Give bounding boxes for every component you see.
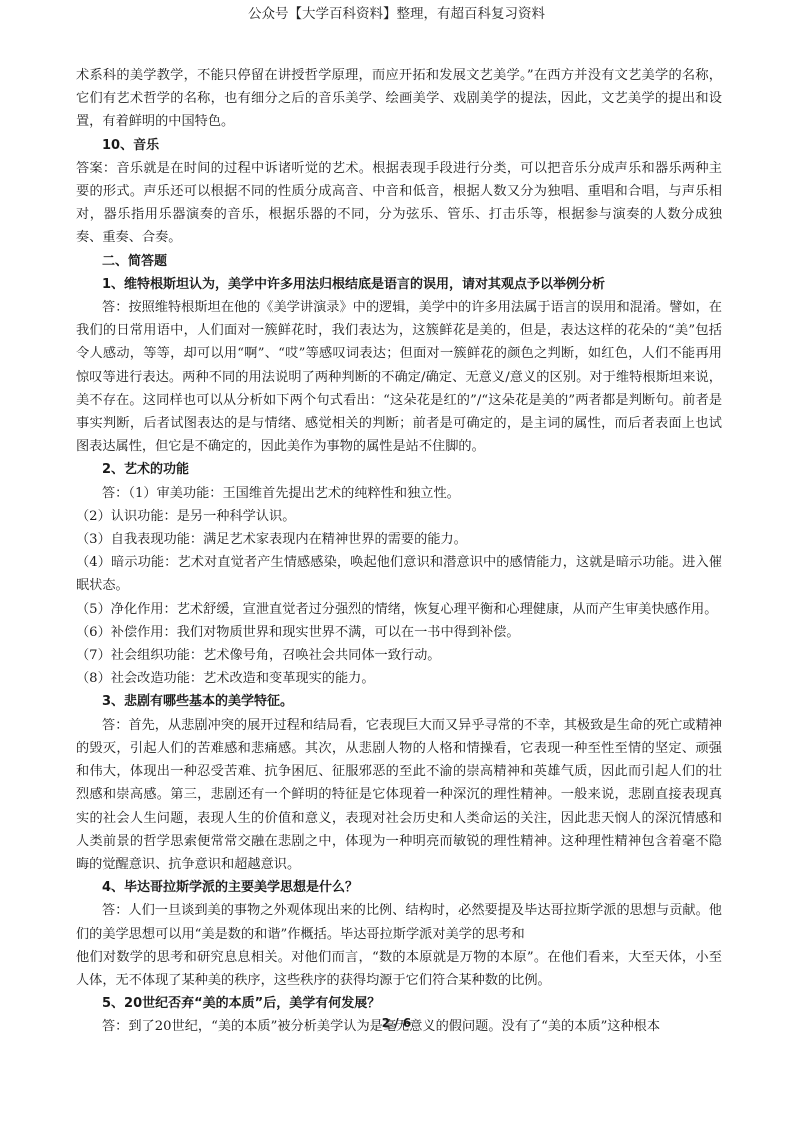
- list-item: （8）社会改造功能：艺术改造和变革现实的能力。: [76, 667, 722, 690]
- heading-question-3: 3、悲剧有哪些基本的美学特征。: [76, 690, 722, 713]
- list-item: （5）净化作用：艺术舒缓，宣泄直觉者过分强烈的情绪，恢复心理平衡和心理健康，从而…: [76, 598, 722, 621]
- paragraph: 术系科的美学教学，不能只停留在讲授哲学原理，而应开拓和发展文艺美学。”在西方并没…: [76, 64, 722, 134]
- paragraph: 他们对数学的思考和研究息息相关。对他们而言，“数的本原就是万物的本原”。在他们看…: [76, 946, 722, 992]
- page-header: 公众号【大学百科资料】整理，有超百科复习资料: [0, 4, 793, 24]
- paragraph: 答：人们一旦谈到美的事物之外观体现出来的比例、结构时，必然要提及毕达哥拉斯学派的…: [76, 899, 722, 945]
- list-item: （4）暗示功能：艺术对直觉者产生情感感染，唤起他们意识和潜意识中的感情能力，这就…: [76, 551, 722, 597]
- heading-music: 10、音乐: [76, 134, 722, 157]
- list-item: （2）认识功能：是另一种科学认识。: [76, 505, 722, 528]
- heading-question-2: 2、艺术的功能: [76, 458, 722, 481]
- heading-question-1: 1、维特根斯坦认为，美学中许多用法归根结底是语言的误用，请对其观点予以举例分析: [76, 273, 722, 296]
- document-body: 术系科的美学教学，不能只停留在讲授哲学原理，而应开拓和发展文艺美学。”在西方并没…: [76, 64, 722, 1039]
- paragraph: 答：首先，从悲剧冲突的展开过程和结局看，它表现巨大而又异乎寻常的不幸，其极致是生…: [76, 714, 722, 876]
- heading-question-4: 4、毕达哥拉斯学派的主要美学思想是什么？: [76, 876, 722, 899]
- heading-short-answer: 二、简答题: [76, 250, 722, 273]
- heading-question-5: 5、20世纪否弃“美的本质”后，美学有何发展？: [76, 992, 722, 1015]
- paragraph: 答案：音乐就是在时间的过程中诉诸听觉的艺术。根据表现手段进行分类，可以把音乐分成…: [76, 157, 722, 250]
- page-indicator: 2 / 6: [0, 1016, 793, 1030]
- list-item: （3）自我表现功能：满足艺术家表现内在精神世界的需要的能力。: [76, 528, 722, 551]
- list-item: 答：（1）审美功能：王国维首先提出艺术的纯粹性和独立性。: [76, 482, 722, 505]
- list-item: （6）补偿作用：我们对物质世界和现实世界不满，可以在一书中得到补偿。: [76, 621, 722, 644]
- paragraph: 答：按照维特根斯坦在他的《美学讲演录》中的逻辑，美学中的许多用法属于语言的误用和…: [76, 296, 722, 458]
- list-item: （7）社会组织功能：艺术像号角，召唤社会共同体一致行动。: [76, 644, 722, 667]
